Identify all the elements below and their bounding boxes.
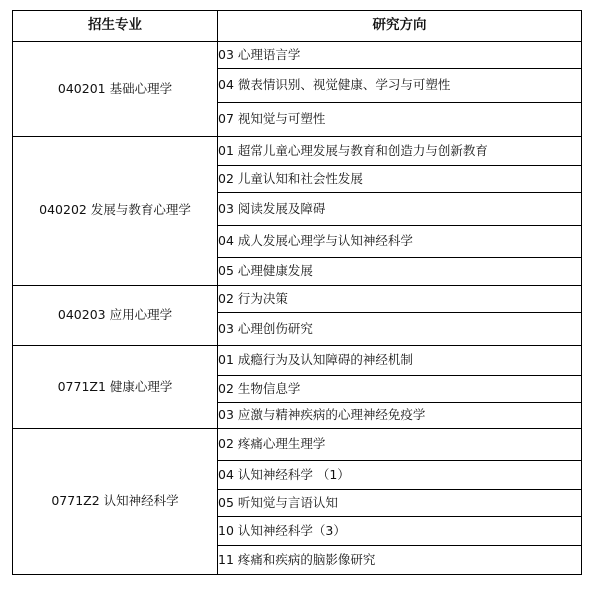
table-row: 040201 基础心理学 03 心理语言学: [13, 42, 582, 69]
direction-cell: 02 行为决策: [218, 286, 582, 313]
major-cell: 0771Z1 健康心理学: [13, 346, 218, 429]
direction-cell: 02 儿童认知和社会性发展: [218, 166, 582, 193]
major-cell: 0771Z2 认知神经科学: [13, 429, 218, 575]
table-row: 040202 发展与教育心理学 01 超常儿童心理发展与教育和创造力与创新教育: [13, 137, 582, 166]
direction-cell: 03 应激与精神疾病的心理神经免疫学: [218, 403, 582, 429]
major-cell: 040203 应用心理学: [13, 286, 218, 346]
direction-cell: 04 微表情识别、视觉健康、学习与可塑性: [218, 69, 582, 103]
direction-cell: 02 疼痛心理生理学: [218, 429, 582, 461]
header-major: 招生专业: [13, 11, 218, 42]
table-row: 0771Z1 健康心理学 01 成瘾行为及认知障碍的神经机制: [13, 346, 582, 376]
direction-cell: 04 成人发展心理学与认知神经科学: [218, 226, 582, 258]
direction-cell: 01 超常儿童心理发展与教育和创造力与创新教育: [218, 137, 582, 166]
direction-cell: 01 成瘾行为及认知障碍的神经机制: [218, 346, 582, 376]
table-row: 0771Z2 认知神经科学 02 疼痛心理生理学: [13, 429, 582, 461]
direction-cell: 03 心理创伤研究: [218, 313, 582, 346]
major-cell: 040201 基础心理学: [13, 42, 218, 137]
direction-cell: 05 心理健康发展: [218, 258, 582, 286]
direction-cell: 05 听知觉与言语认知: [218, 490, 582, 517]
direction-cell: 03 心理语言学: [218, 42, 582, 69]
direction-cell: 02 生物信息学: [218, 376, 582, 403]
header-direction: 研究方向: [218, 11, 582, 42]
direction-cell: 07 视知觉与可塑性: [218, 103, 582, 137]
enrollment-table: 招生专业 研究方向 040201 基础心理学 03 心理语言学 04 微表情识别…: [12, 10, 582, 575]
direction-cell: 11 疼痛和疾病的脑影像研究: [218, 546, 582, 575]
direction-cell: 04 认知神经科学 （1）: [218, 461, 582, 490]
major-cell: 040202 发展与教育心理学: [13, 137, 218, 286]
direction-cell: 10 认知神经科学（3）: [218, 517, 582, 546]
header-row: 招生专业 研究方向: [13, 11, 582, 42]
table-row: 040203 应用心理学 02 行为决策: [13, 286, 582, 313]
direction-cell: 03 阅读发展及障碍: [218, 193, 582, 226]
table-body: 040201 基础心理学 03 心理语言学 04 微表情识别、视觉健康、学习与可…: [13, 42, 582, 575]
